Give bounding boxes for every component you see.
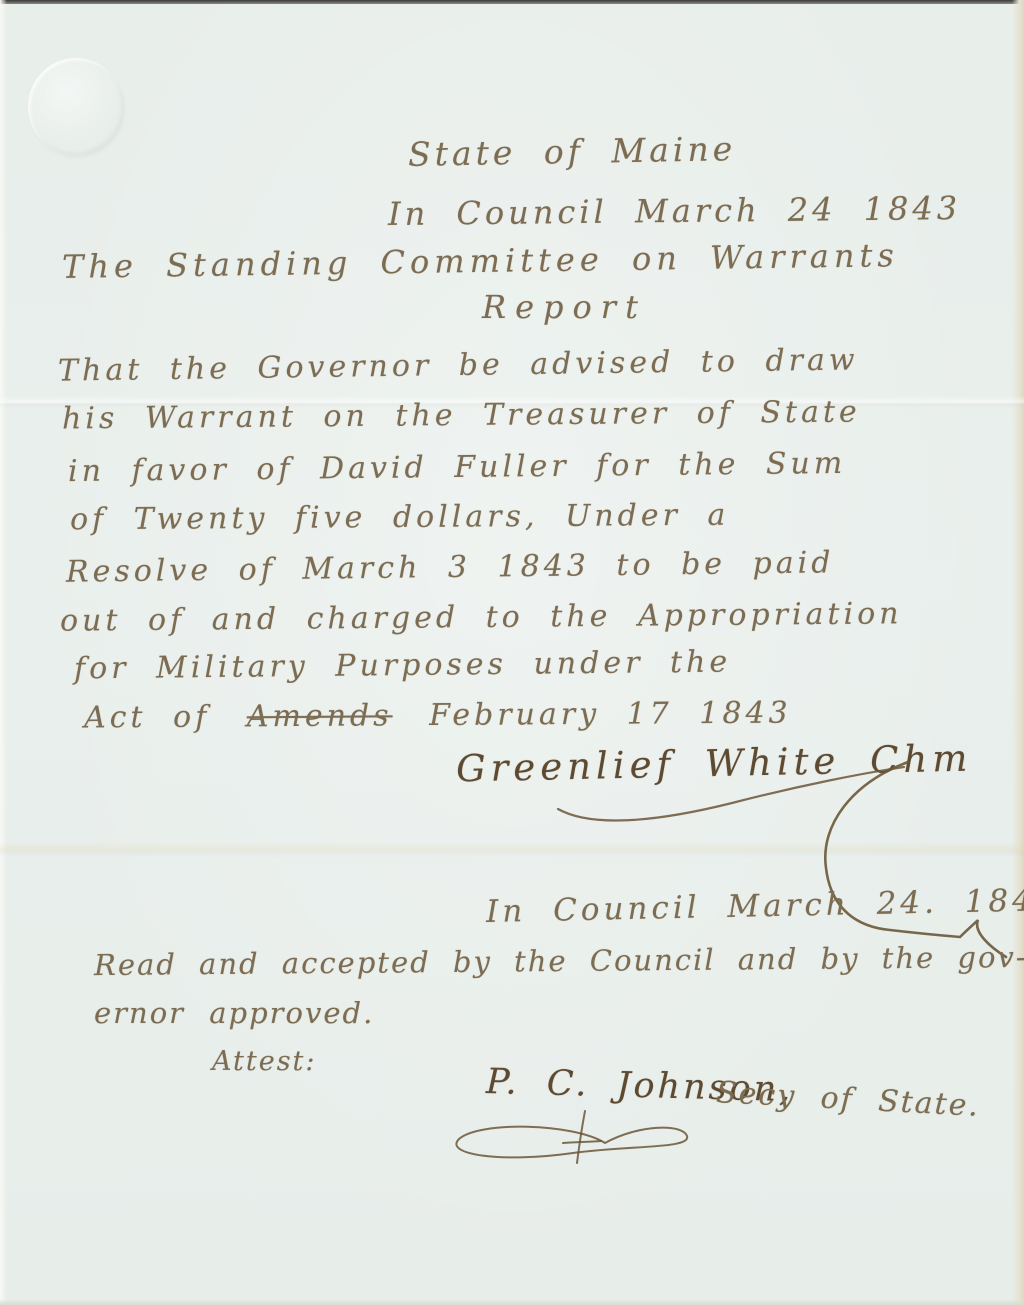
page-edge-bottom: [0, 1299, 1024, 1305]
body-line: his Warrant on the Treasurer of State: [62, 395, 861, 437]
page-edge-right: [1012, 0, 1024, 1305]
body-line: That the Governor be advised to draw: [58, 342, 859, 388]
body-line: of Twenty five dollars, Under a: [70, 498, 730, 538]
body-line8-suffix: February 17 1843: [429, 696, 792, 734]
heading-committee-line: The Standing Committee on Warrants: [62, 236, 899, 286]
heading-report-label: Report: [482, 288, 647, 326]
body-line: in favor of David Fuller for the Sum: [68, 446, 847, 489]
secretary-title: Secy of State.: [715, 1075, 981, 1124]
body-line: out of and charged to the Appropriation: [60, 596, 903, 638]
secretary-paraph-icon: [445, 1105, 715, 1175]
body-line8-prefix: Act of: [84, 700, 210, 736]
approval-accept-line2: ernor approved.: [94, 996, 374, 1030]
body-line8-struck-word: Amends: [247, 698, 393, 734]
body-line: Resolve of March 3 1843 to be paid: [66, 545, 835, 589]
page-edge-left: [0, 0, 7, 1305]
document-scan: State of Maine In Council March 24 1843 …: [0, 0, 1024, 1305]
attest-label: Attest:: [212, 1046, 317, 1077]
heading-state-line: State of Maine: [408, 129, 737, 174]
body-line: for Military Purposes under the: [74, 645, 731, 687]
embossed-seal-icon: [28, 58, 124, 156]
body-line: Act of Amends February 17 1843: [84, 696, 792, 736]
heading-council-line: In Council March 24 1843: [388, 189, 961, 233]
signature-flourish-icon: [440, 755, 1024, 970]
approval-accept-line1: Read and accepted by the Council and by …: [94, 940, 1024, 982]
scan-edge-top: [0, 0, 1024, 4]
